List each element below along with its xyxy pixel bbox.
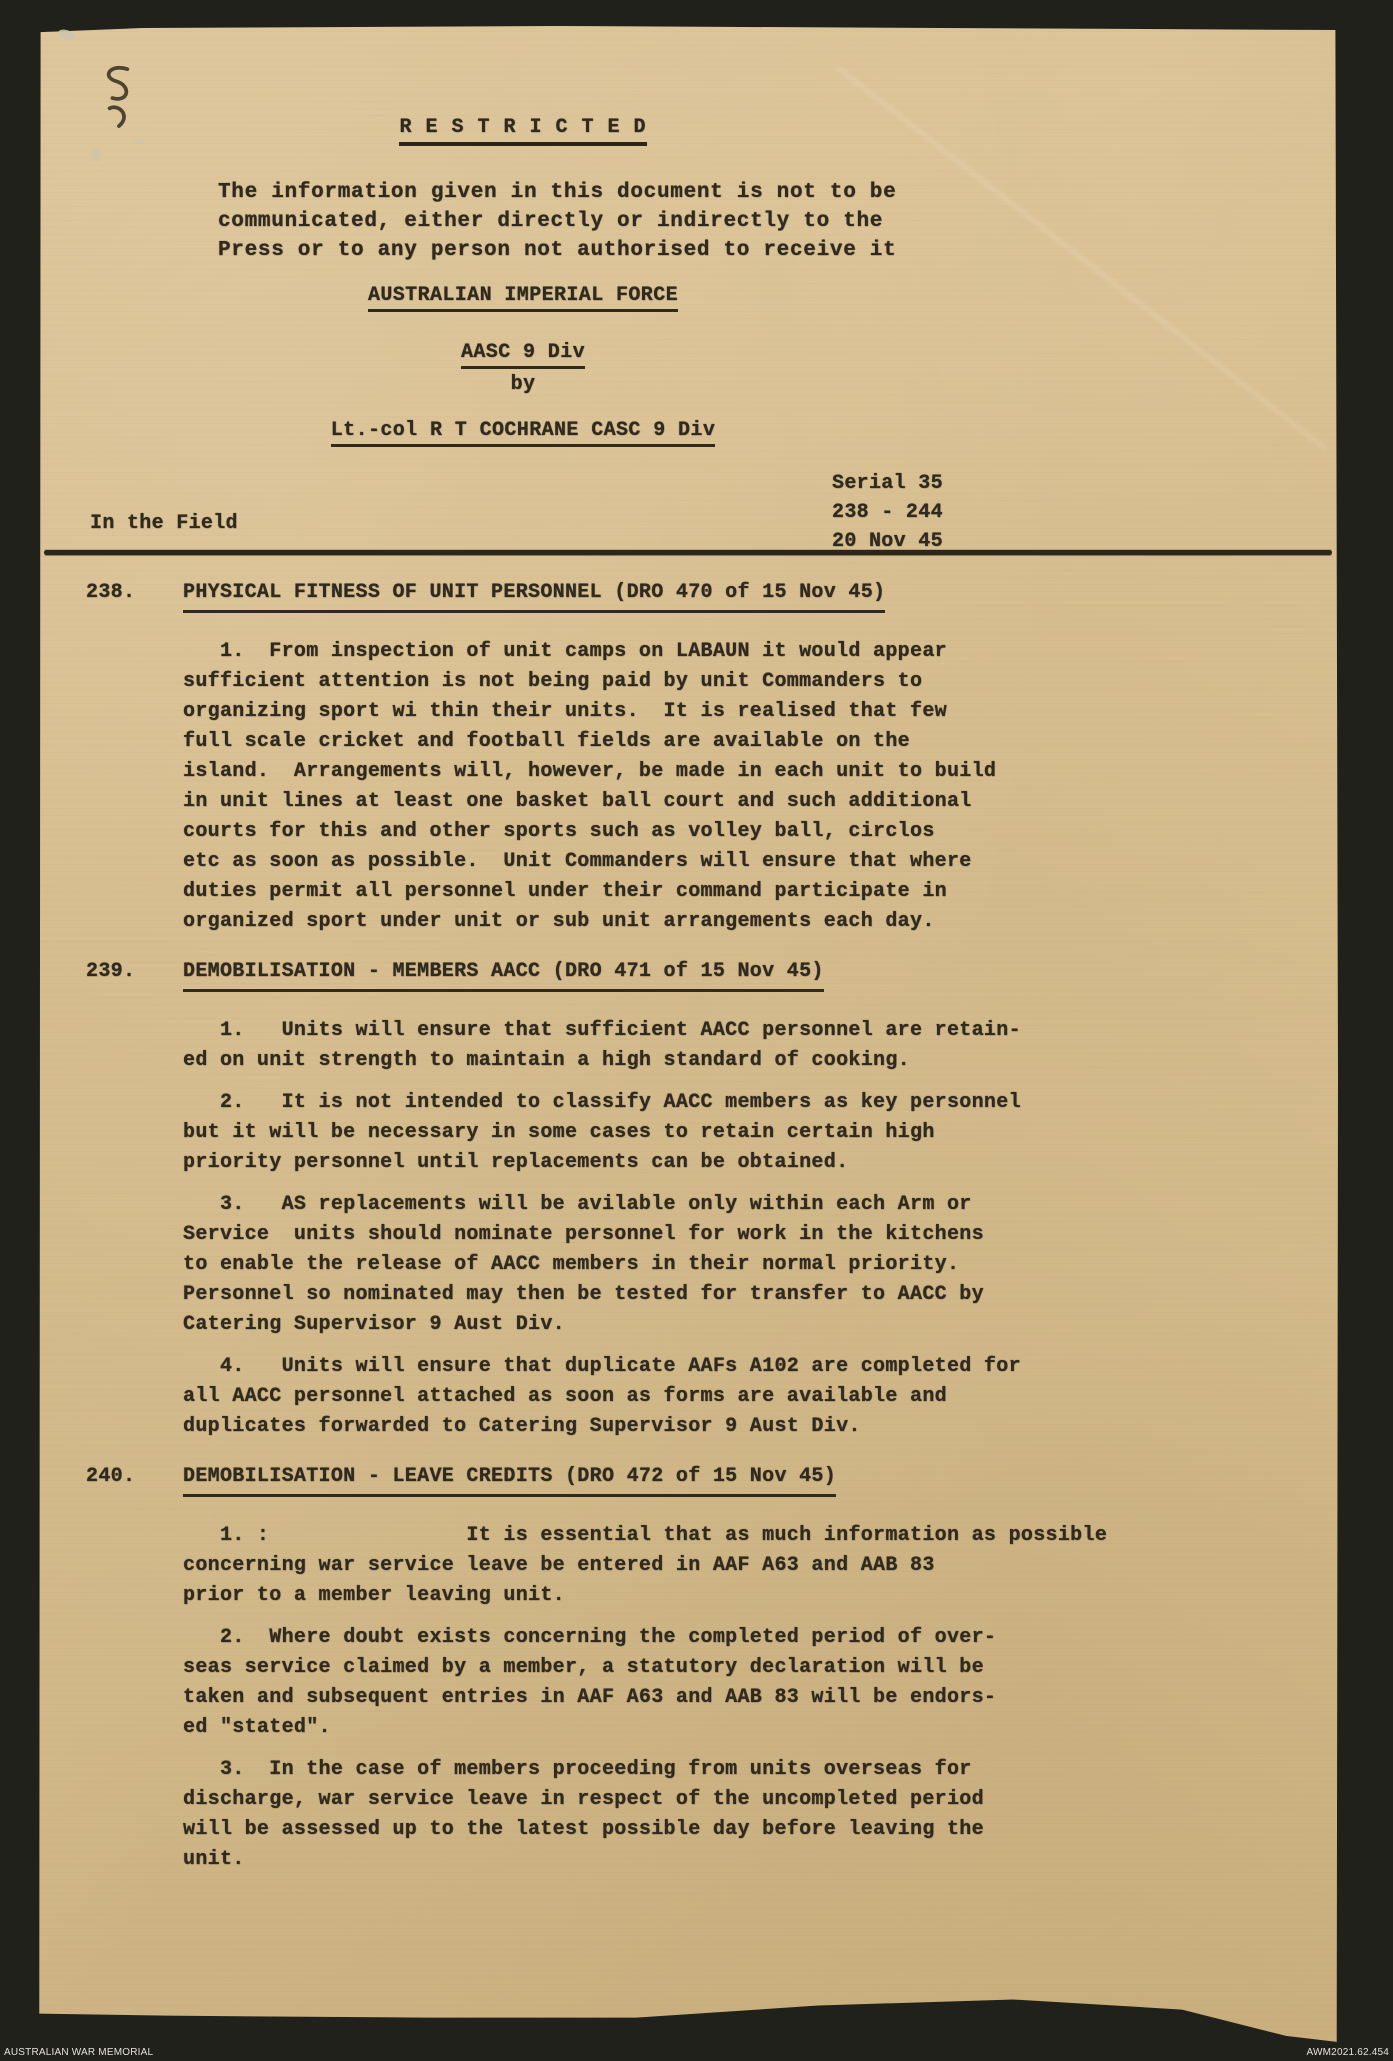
section-title: PHYSICAL FITNESS OF UNIT PERSONNEL (DRO … <box>183 578 885 613</box>
document-page: R E S T R I C T E D The information give… <box>38 26 1338 2048</box>
section-number: 239. <box>86 957 135 987</box>
section-238: 238. PHYSICAL FITNESS OF UNIT PERSONNEL … <box>183 578 1298 937</box>
section-239: 239. DEMOBILISATION - MEMBERS AACC (DRO … <box>183 957 1298 1442</box>
force-title: AUSTRALIAN IMPERIAL FORCE <box>368 284 678 312</box>
archive-watermark: AUSTRALIAN WAR MEMORIAL <box>4 2047 153 2058</box>
serial-range: 238 - 244 <box>832 498 943 527</box>
security-notice: The information given in this document i… <box>218 178 896 265</box>
paper-crease <box>836 66 1326 450</box>
section-title: DEMOBILISATION - MEMBERS AACC (DRO 471 o… <box>183 957 824 992</box>
paragraph: 1. Units will ensure that sufficient AAC… <box>183 1016 1298 1076</box>
divider-rule <box>44 550 1332 555</box>
section-title: DEMOBILISATION - LEAVE CREDITS (DRO 472 … <box>183 1462 836 1497</box>
document-body: 238. PHYSICAL FITNESS OF UNIT PERSONNEL … <box>38 578 1338 1875</box>
serial-block: Serial 35 238 - 244 20 Nov 45 <box>832 469 943 556</box>
paragraph: 4. Units will ensure that duplicate AAFs… <box>183 1352 1298 1442</box>
section-240: 240. DEMOBILISATION - LEAVE CREDITS (DRO… <box>183 1462 1298 1875</box>
paragraph: 2. Where doubt exists concerning the com… <box>183 1623 1298 1743</box>
paragraph: 1. From inspection of unit camps on LABA… <box>183 637 1298 937</box>
author-line: Lt.-col R T COCHRANE CASC 9 Div <box>331 419 715 447</box>
serial-number: Serial 35 <box>832 469 943 498</box>
section-number: 238. <box>86 578 135 608</box>
paragraph: 3. AS replacements will be avilable only… <box>183 1190 1298 1340</box>
byline: by <box>511 373 536 396</box>
item-id-watermark: AWM2021.62.454 <box>1307 2047 1389 2058</box>
pen-mark <box>90 60 146 138</box>
paper-damage-speck <box>92 148 100 162</box>
unit-title: AASC 9 Div <box>461 341 585 369</box>
section-number: 240. <box>86 1462 135 1492</box>
scan-background: R E S T R I C T E D The information give… <box>0 0 1393 2061</box>
location-line: In the Field <box>90 512 238 535</box>
classification-heading: R E S T R I C T E D <box>399 116 646 146</box>
paragraph: 1. : It is essential that as much inform… <box>183 1521 1298 1611</box>
paragraph: 2. It is not intended to classify AACC m… <box>183 1088 1298 1178</box>
paragraph: 3. In the case of members proceeding fro… <box>183 1755 1298 1875</box>
